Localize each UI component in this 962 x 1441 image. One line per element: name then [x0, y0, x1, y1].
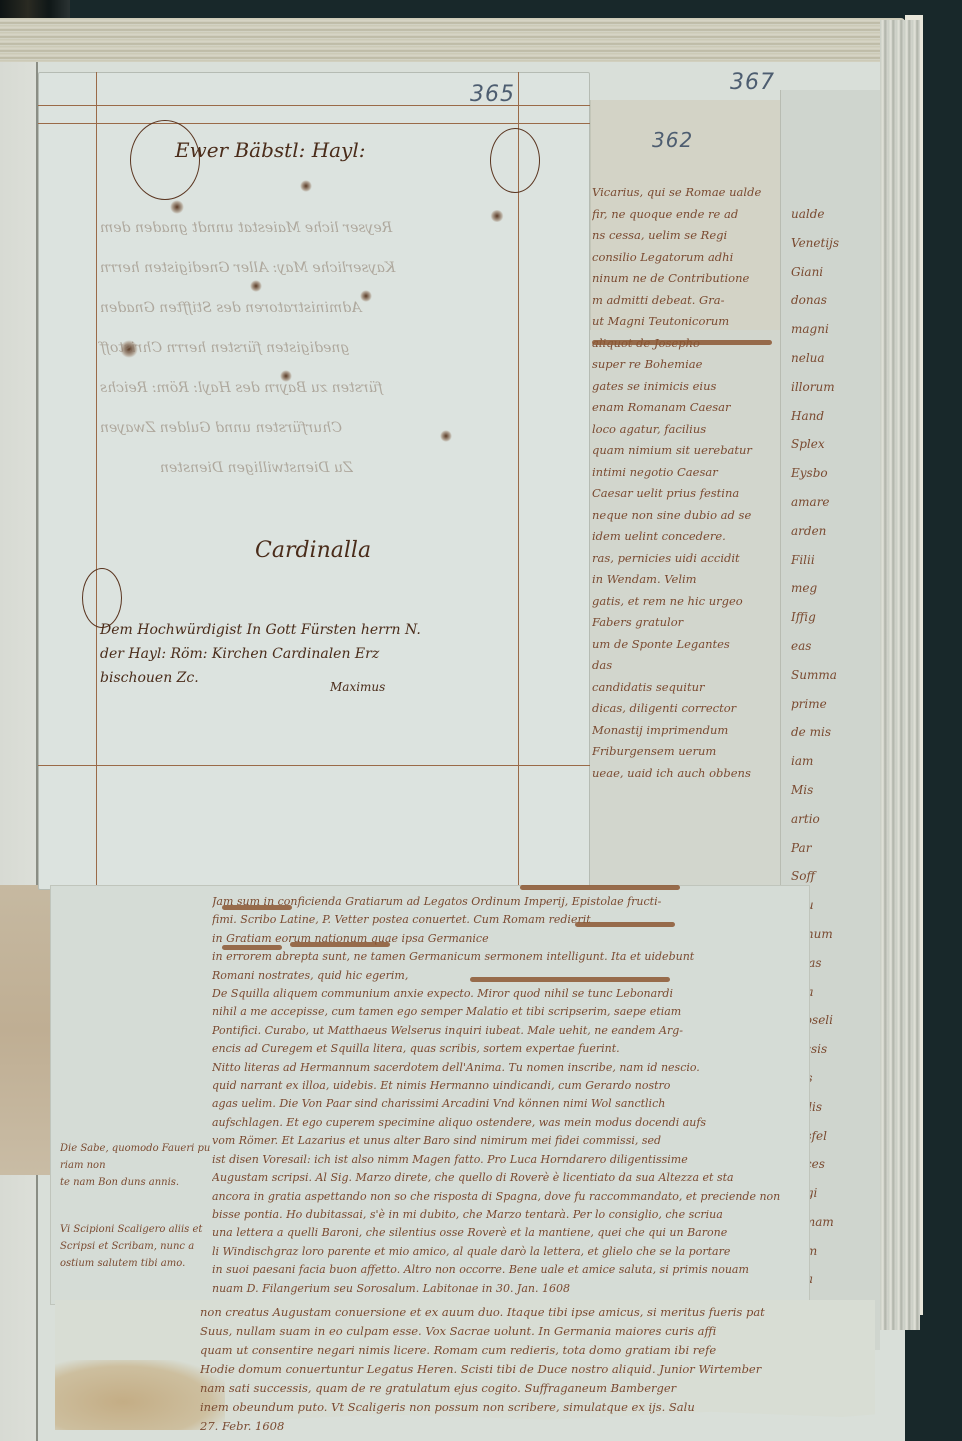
manuscript-line: de mis [791, 718, 880, 747]
manuscript-line: ninum ne de Contributione [592, 268, 778, 290]
manuscript-line: Venetijs [791, 229, 880, 258]
ink-strike [592, 340, 772, 345]
ruled-line [38, 123, 590, 124]
manuscript-line: in errorem abrepta sunt, ne tamen German… [212, 948, 807, 966]
folio-number-letter: 365 [470, 82, 515, 107]
manuscript-line: ist disen Voresail: ich ist also nimm Ma… [212, 1151, 807, 1169]
manuscript-line: dicas, diligenti corrector [592, 698, 778, 720]
manuscript-line: nam sati successis, quam de re gratulatu… [200, 1379, 820, 1398]
manuscript-line: fimi. Scribo Latine, P. Vetter postea co… [212, 911, 807, 929]
manuscript-line: Splex [791, 430, 880, 459]
ink-strike [520, 885, 680, 890]
manuscript-line: inem obeundum puto. Vt Scaligeris non po… [200, 1398, 820, 1417]
manuscript-line: Giani [791, 258, 880, 287]
ruled-line [96, 72, 97, 890]
manuscript-line: prime [791, 690, 880, 719]
manuscript-line: Filii [791, 546, 880, 575]
letter-closing: Cardinalla [255, 538, 371, 563]
manuscript-line: m admitti debeat. Gra- [592, 290, 778, 312]
manuscript-line: artio [791, 805, 880, 834]
manuscript-line: donas [791, 286, 880, 315]
manuscript-line: ancora in gratia aspettando non so che r… [212, 1188, 807, 1206]
pasted-note-text: Vicarius, qui se Romae ualdefir, ne quoq… [592, 182, 778, 784]
ink-strike [470, 977, 670, 982]
address-extra: Maximus [330, 680, 385, 694]
manuscript-line: Summa [791, 661, 880, 690]
ink-strike [575, 922, 675, 927]
manuscript-line: agas uelim. Die Von Paar sind charissimi… [212, 1095, 807, 1113]
manuscript-line: Suus, nullam suam in eo culpam esse. Vox… [200, 1322, 820, 1341]
manuscript-line: idem uelint concedere. [592, 526, 778, 548]
manuscript-line: eas [791, 632, 880, 661]
manuscript-line: Hodie domum conuertuntur Legatus Heren. … [200, 1360, 820, 1379]
manuscript-line: Eysbo [791, 459, 880, 488]
manuscript-line: intimi negotio Caesar [592, 462, 778, 484]
manuscript-line: aufschlagen. Et ego cuperem specimine al… [212, 1114, 807, 1132]
manuscript-line: um de Sponte Legantes [592, 634, 778, 656]
manuscript-line: bisse pontia. Ho dubitassai, s'è in mi d… [212, 1206, 807, 1224]
manuscript-line: ueae, uaid ich auch obbens [592, 763, 778, 785]
manuscript-line: Iffig [791, 603, 880, 632]
manuscript-line: super re Bohemiae [592, 354, 778, 376]
manuscript-line: Friburgensem uerum [592, 741, 778, 763]
manuscript-line: nelua [791, 344, 880, 373]
manuscript-line: quam nimium sit uerebatur [592, 440, 778, 462]
manuscript-line: quam ut consentire negari nimis licere. … [200, 1341, 820, 1360]
ink-strike [290, 942, 390, 947]
manuscript-line: Par [791, 834, 880, 863]
folio-number-main: 367 [730, 70, 775, 95]
manuscript-line: ns cessa, uelim se Regi [592, 225, 778, 247]
manuscript-line: Romani nostrates, quid hic egerim, [212, 967, 807, 985]
bottom-letter-text: Jam sum in conficienda Gratiarum ad Lega… [212, 893, 807, 1298]
manuscript-line: Caesar uelit prius festina [592, 483, 778, 505]
manuscript-line: gatis, et rem ne hic urgeo [592, 591, 778, 613]
manuscript-line: amare [791, 488, 880, 517]
manuscript-line: ut Magni Teutonicorum [592, 311, 778, 333]
facing-page [0, 62, 38, 1441]
manuscript-line: nuam D. Filangerium seu Sorosalum. Labit… [212, 1280, 807, 1298]
manuscript-line: illorum [791, 373, 880, 402]
manuscript-line: nihil a me accepisse, cum tamen ego semp… [212, 1003, 807, 1021]
manuscript-line: consilio Legatorum adhi [592, 247, 778, 269]
ruled-line [38, 765, 590, 766]
manuscript-line: encis ad Curegem et Squilla litera, quas… [212, 1040, 807, 1058]
manuscript-line: neque non sine dubio ad se [592, 505, 778, 527]
bleed-through-text: Reyser liche Maiestat unndt gnaden dem K… [100, 180, 520, 480]
manuscript-line: una lettera a quelli Baroni, che silenti… [212, 1224, 807, 1242]
manuscript-line: das [592, 655, 778, 677]
manuscript-line: arden [791, 517, 880, 546]
manuscript-line: quid narrant ex illoa, uidebis. Et nimis… [212, 1077, 807, 1095]
manuscript-line: Monastij imprimendum [592, 720, 778, 742]
manuscript-line: loco agatur, facilius [592, 419, 778, 441]
manuscript-line: in suoi paesani facia buon affetto. Altr… [212, 1261, 807, 1279]
manuscript-line: Fabers gratulor [592, 612, 778, 634]
manuscript-line: iam [791, 747, 880, 776]
manuscript-line: non creatus Augustam conuersione et ex a… [200, 1303, 820, 1322]
ink-strike [222, 905, 292, 910]
manuscript-line: Augustam scripsi. Al Sig. Marzo direte, … [212, 1169, 807, 1187]
manuscript-line: Pontifici. Curabo, ut Matthaeus Welserus… [212, 1022, 807, 1040]
manuscript-line: Hand [791, 402, 880, 431]
manuscript-line: 27. Febr. 1608 [200, 1417, 820, 1436]
right-flourish [490, 128, 540, 193]
ink-strike [222, 945, 282, 950]
manuscript-line: enam Romanam Caesar [592, 397, 778, 419]
manuscript-line: fir, ne quoque ende re ad [592, 204, 778, 226]
manuscript-line: candidatis sequitur [592, 677, 778, 699]
right-page-edges [880, 20, 920, 1330]
letter-salutation: Ewer Bäbstl: Hayl: [175, 138, 366, 162]
manuscript-line: in Wendam. Velim [592, 569, 778, 591]
manuscript-line: ras, pernicies uidi accidit [592, 548, 778, 570]
facing-page-stain [0, 885, 52, 1175]
manuscript-line: ualde [791, 200, 880, 229]
manuscript-line: Vicarius, qui se Romae ualde [592, 182, 778, 204]
manuscript-line: meg [791, 574, 880, 603]
manuscript-line: De Squilla aliquem communium anxie expec… [212, 985, 807, 1003]
manuscript-line: Mis [791, 776, 880, 805]
manuscript-line: vom Römer. Et Lazarius et unus alter Bar… [212, 1132, 807, 1150]
bottom-flap-text: non creatus Augustam conuersione et ex a… [200, 1303, 820, 1436]
manuscript-line: Nitto literas ad Hermannum sacerdotem de… [212, 1059, 807, 1077]
manuscript-line: gates se inimicis eius [592, 376, 778, 398]
manuscript-line: magni [791, 315, 880, 344]
manuscript-line: li Windischgraz loro parente et mio amic… [212, 1243, 807, 1261]
manuscript-line: Jam sum in conficienda Gratiarum ad Lega… [212, 893, 807, 911]
left-margin-notes: Die Sabe, quomodo Faueri pui riam non te… [60, 1140, 210, 1272]
folio-number-note: 362 [652, 128, 693, 152]
